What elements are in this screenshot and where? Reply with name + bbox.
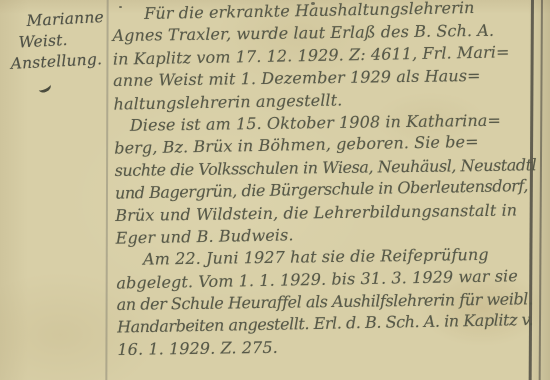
handwritten-body: Für die erkrankte Haushaltungslehrerin A…	[112, 0, 548, 361]
ink-flourish-mark	[36, 80, 52, 95]
document-page: Marianne Weist. Anstellung. Für die erkr…	[0, 0, 550, 380]
margin-note-line: Marianne	[26, 7, 105, 32]
margin-note: Marianne Weist. Anstellung.	[8, 7, 108, 94]
handwritten-line: 16. 1. 1929. Z. 275.	[117, 333, 547, 361]
margin-note-line: Anstellung.	[10, 49, 107, 75]
